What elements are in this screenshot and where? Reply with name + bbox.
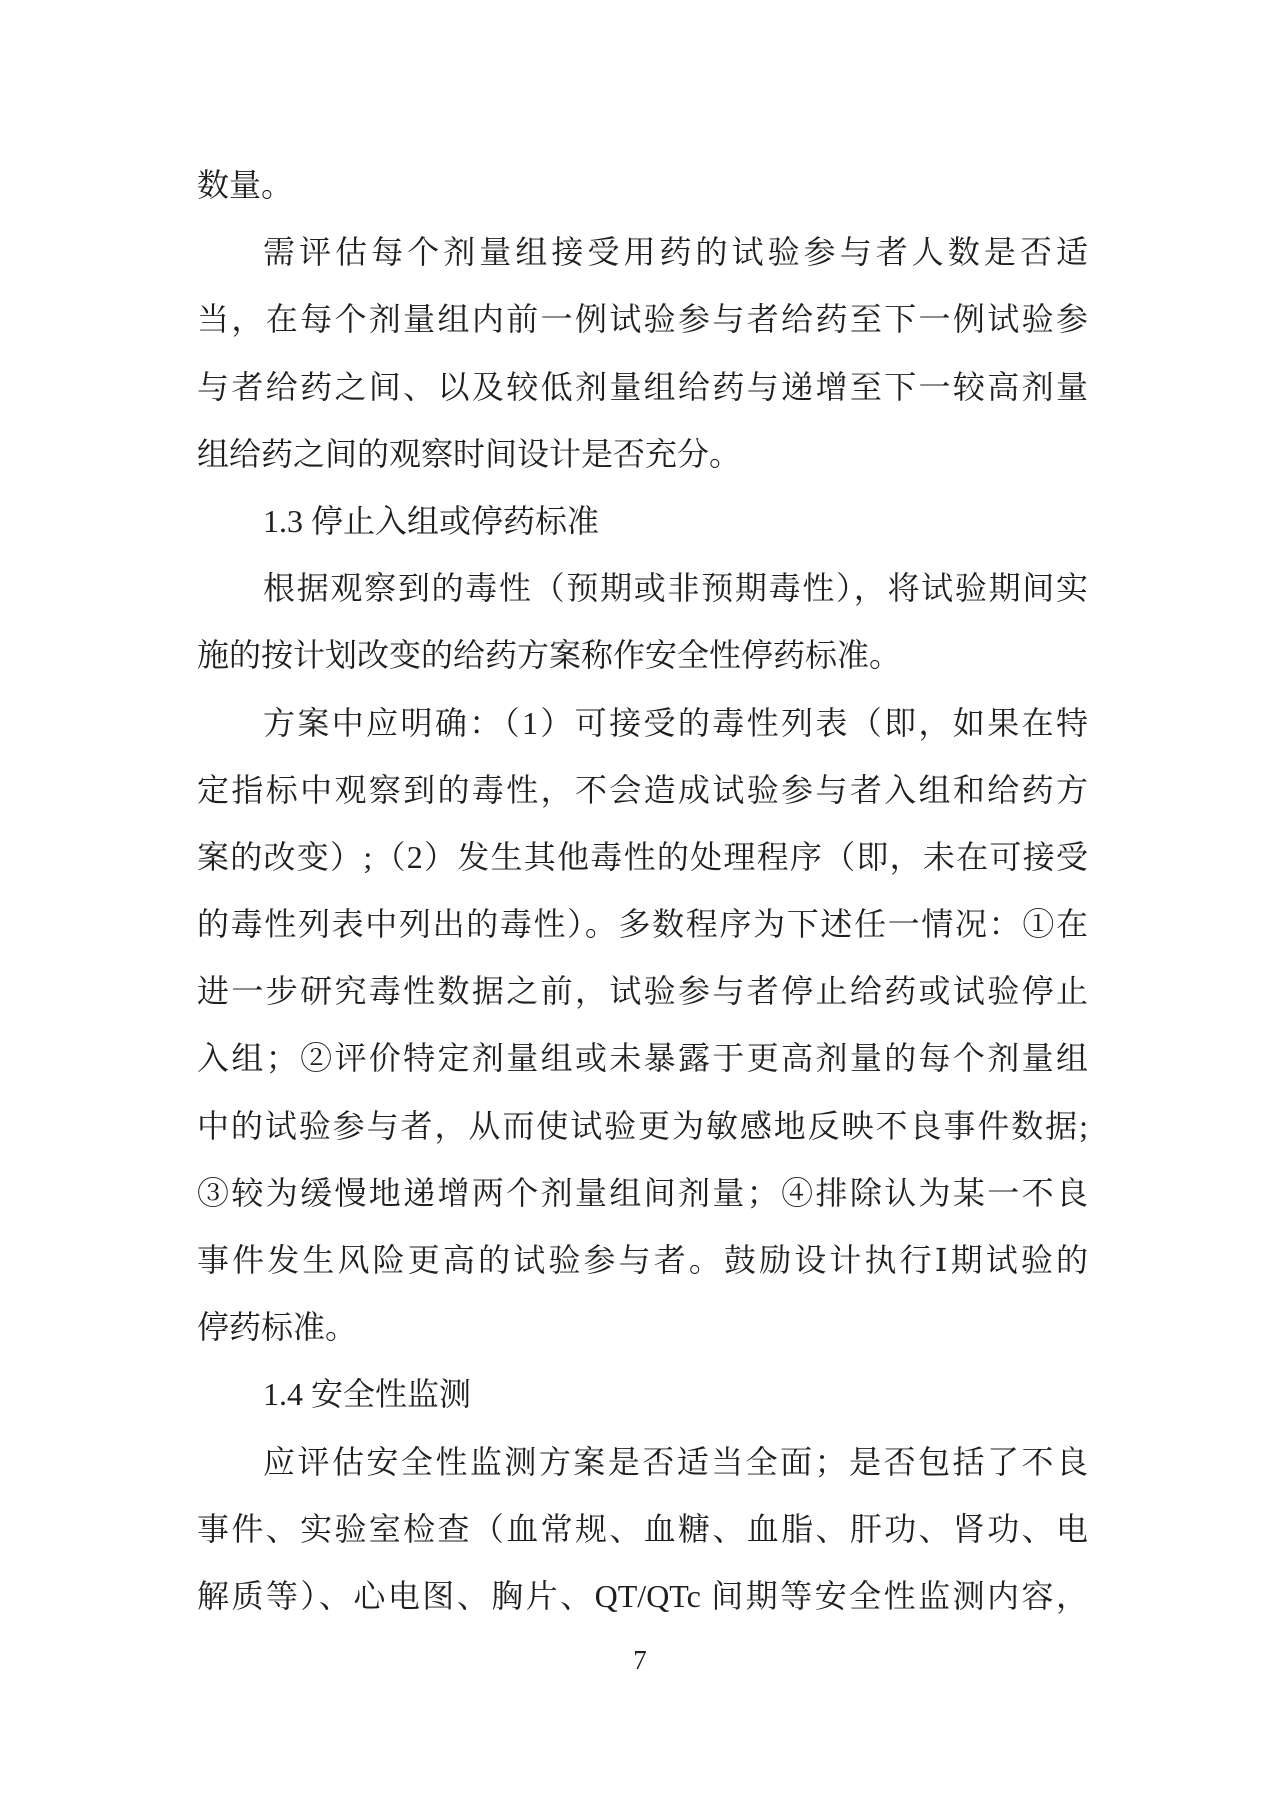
text-line: 事件发生风险更高的试验参与者。鼓励设计执行Ⅰ期试验的 (197, 1227, 1088, 1294)
text-line: 事件、实验室检查（血常规、血糖、血脂、肝功、肾功、电 (197, 1496, 1088, 1563)
text-line: 与者给药之间、以及较低剂量组给药与递增至下一较高剂量 (197, 354, 1088, 421)
text-line: 的毒性列表中列出的毒性）。多数程序为下述任一情况：①在 (197, 891, 1088, 958)
section-heading-1-3: 1.3 停止入组或停药标准 (197, 488, 1088, 555)
text-line: 案的改变）;（2）发生其他毒性的处理程序（即，未在可接受 (197, 824, 1088, 891)
text-line: 解质等）、心电图、胸片、QT/QTc 间期等安全性监测内容， (197, 1563, 1088, 1630)
text-line: 方案中应明确：（1）可接受的毒性列表（即，如果在特 (197, 690, 1088, 757)
text-line: ③较为缓慢地递增两个剂量组间剂量；④排除认为某一不良 (197, 1160, 1088, 1227)
text-line: 需评估每个剂量组接受用药的试验参与者人数是否适 (197, 219, 1088, 286)
text-line-paragraph-end: 组给药之间的观察时间设计是否充分。 (197, 421, 1088, 488)
text-line: 应评估安全性监测方案是否适当全面；是否包括了不良 (197, 1429, 1088, 1496)
page-number: 7 (0, 1643, 1280, 1677)
section-heading-1-4: 1.4 安全性监测 (197, 1361, 1088, 1428)
text-line: 当，在每个剂量组内前一例试验参与者给药至下一例试验参 (197, 286, 1088, 353)
text-line: 中的试验参与者，从而使试验更为敏感地反映不良事件数据; (197, 1093, 1088, 1160)
text-line: 入组；②评价特定剂量组或未暴露于更高剂量的每个剂量组 (197, 1025, 1088, 1092)
text-line-paragraph-end: 施的按计划改变的给药方案称作安全性停药标准。 (197, 622, 1088, 689)
text-line: 进一步研究毒性数据之前，试验参与者停止给药或试验停止 (197, 958, 1088, 1025)
text-line: 根据观察到的毒性（预期或非预期毒性），将试验期间实 (197, 555, 1088, 622)
text-line-paragraph-end: 停药标准。 (197, 1294, 1088, 1361)
page-body: 数量。 需评估每个剂量组接受用药的试验参与者人数是否适 当，在每个剂量组内前一例… (197, 152, 1088, 1630)
text-line: 定指标中观察到的毒性，不会造成试验参与者入组和给药方 (197, 757, 1088, 824)
text-line-paragraph-end: 数量。 (197, 152, 1088, 219)
document-page: 数量。 需评估每个剂量组接受用药的试验参与者人数是否适 当，在每个剂量组内前一例… (0, 0, 1280, 1810)
